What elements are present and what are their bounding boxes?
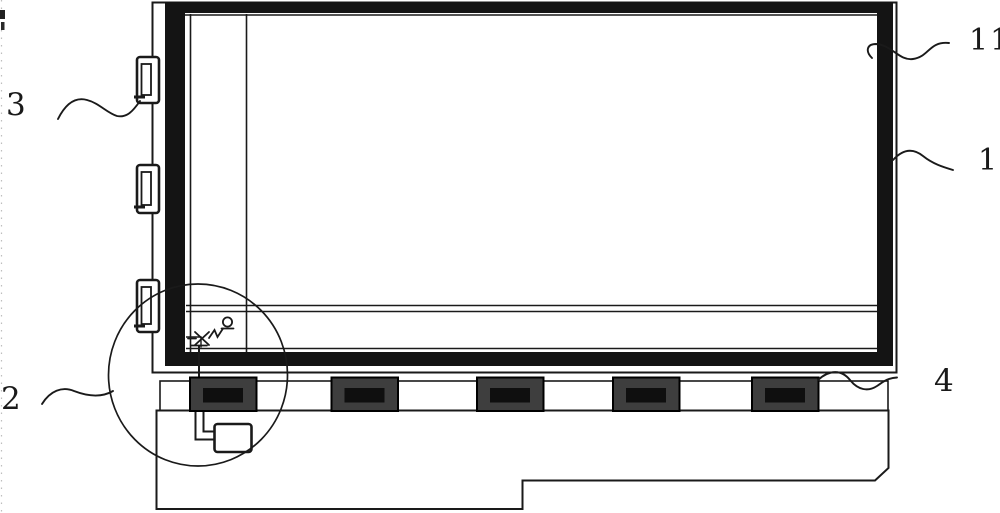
source-pcb-outline — [157, 411, 889, 510]
ref-label-4: 4 — [934, 366, 954, 397]
ref-label-3: 3 — [6, 90, 26, 121]
mounting-tab — [134, 280, 159, 332]
corner-test-point-symbol — [188, 317, 234, 345]
module-outer-frame — [153, 3, 897, 373]
leader-ref-3 — [58, 99, 140, 119]
driver-chip — [332, 378, 399, 412]
driver-chip — [613, 378, 680, 412]
active-area-border-lines — [185, 14, 877, 352]
patent-figure-canvas: 3 11 1 2 4 — [0, 0, 1000, 513]
driver-chip — [752, 378, 819, 412]
ref-label-1: 1 — [978, 146, 997, 176]
scan-artifact-marks — [0, 0, 5, 513]
driver-chip — [190, 378, 257, 412]
mounting-tab — [134, 165, 159, 213]
leader-ref-2 — [42, 389, 113, 404]
driver-chips — [190, 378, 819, 412]
ref-label-2: 2 — [1, 384, 21, 415]
mounting-tabs — [134, 57, 159, 332]
mounting-tab — [134, 57, 159, 103]
display-module-drawing — [0, 0, 1000, 513]
driver-chip — [477, 378, 544, 412]
component-box — [215, 424, 252, 452]
ref-label-11: 11 — [969, 26, 1000, 56]
leader-ref-1 — [893, 151, 953, 170]
